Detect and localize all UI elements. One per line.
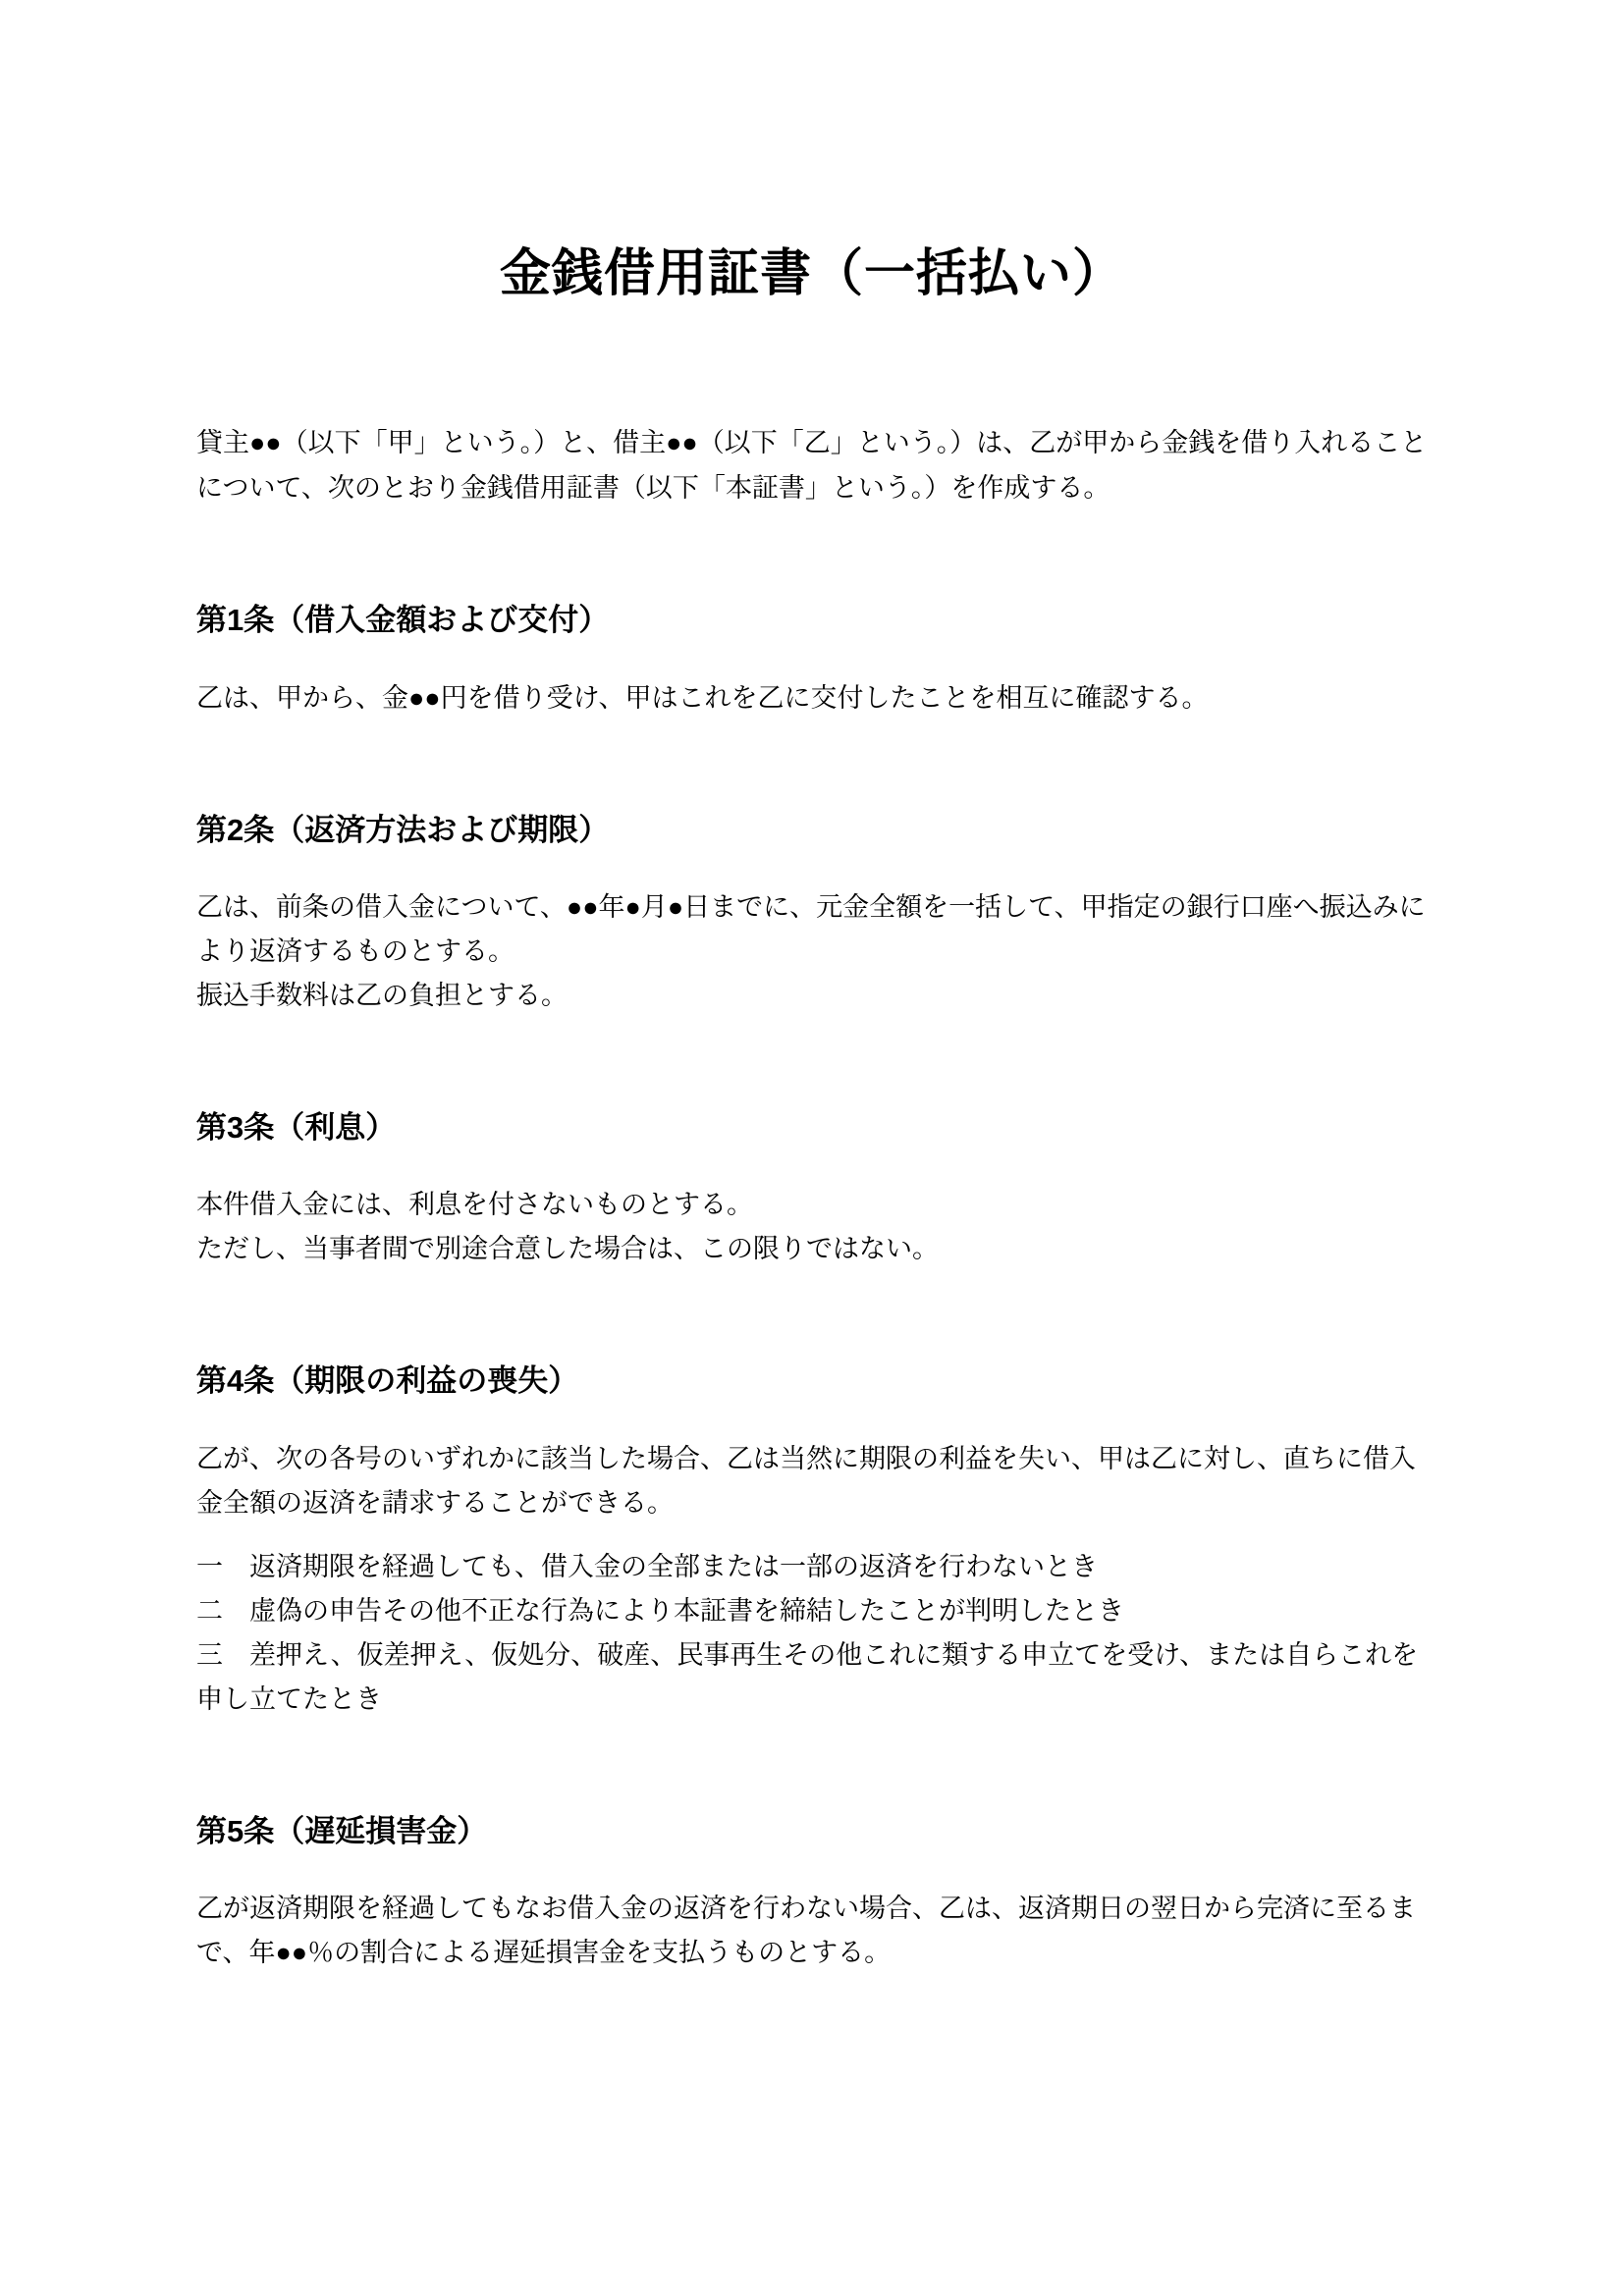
article-2-section: 第2条（返済方法および期限） 乙は、前条の借入金について、●●年●月●日までに、… — [196, 811, 1428, 1018]
article-1-section: 第1条（借入金額および交付） 乙は、甲から、金●●円を借り受け、甲はこれを乙に交… — [196, 601, 1428, 720]
article-5-section: 第5条（遅延損害金） 乙が返済期限を経過してもなお借入金の返済を行わない場合、乙… — [196, 1812, 1428, 1975]
article-3-paragraph-2: ただし、当事者間で別途合意した場合は、この限りではない。 — [196, 1227, 1428, 1271]
article-4-paragraph-1: 乙が、次の各号のいずれかに該当した場合、乙は当然に期限の利益を失い、甲は乙に対し… — [196, 1437, 1428, 1525]
list-item-1: 一 返済期限を経過しても、借入金の全部または一部の返済を行わないとき — [196, 1545, 1428, 1589]
article-5-heading: 第5条（遅延損害金） — [196, 1812, 1428, 1851]
document-title: 金銭借用証書（一括払い） — [196, 243, 1428, 304]
list-item-3: 三 差押え、仮差押え、仮処分、破産、民事再生その他これに類する申立てを受け、また… — [196, 1633, 1428, 1722]
article-2-paragraph-1: 乙は、前条の借入金について、●●年●月●日までに、元金全額を一括して、甲指定の銀… — [196, 885, 1428, 974]
article-3-heading: 第3条（利息） — [196, 1108, 1428, 1148]
article-1-heading: 第1条（借入金額および交付） — [196, 601, 1428, 640]
article-3-section: 第3条（利息） 本件借入金には、利息を付さないものとする。 ただし、当事者間で別… — [196, 1108, 1428, 1271]
intro-paragraph: 貸主●●（以下「甲」という。）と、借主●●（以下「乙」という。）は、乙が甲から金… — [196, 420, 1428, 510]
article-4-section: 第4条（期限の利益の喪失） 乙が、次の各号のいずれかに該当した場合、乙は当然に期… — [196, 1362, 1428, 1721]
article-4-heading: 第4条（期限の利益の喪失） — [196, 1362, 1428, 1401]
article-5-paragraph-1: 乙が返済期限を経過してもなお借入金の返済を行わない場合、乙は、返済期日の翌日から… — [196, 1887, 1428, 1975]
article-1-paragraph-1: 乙は、甲から、金●●円を借り受け、甲はこれを乙に交付したことを相互に確認する。 — [196, 676, 1428, 721]
article-3-paragraph-1: 本件借入金には、利息を付さないものとする。 — [196, 1183, 1428, 1227]
article-2-paragraph-2: 振込手数料は乙の負担とする。 — [196, 974, 1428, 1018]
article-2-heading: 第2条（返済方法および期限） — [196, 811, 1428, 850]
list-item-2: 二 虚偽の申告その他不正な行為により本証書を締結したことが判明したとき — [196, 1589, 1428, 1633]
document-page: 金銭借用証書（一括払い） 貸主●●（以下「甲」という。）と、借主●●（以下「乙」… — [0, 0, 1624, 2296]
acceleration-events-list: 一 返済期限を経過しても、借入金の全部または一部の返済を行わないとき 二 虚偽の… — [196, 1545, 1428, 1722]
